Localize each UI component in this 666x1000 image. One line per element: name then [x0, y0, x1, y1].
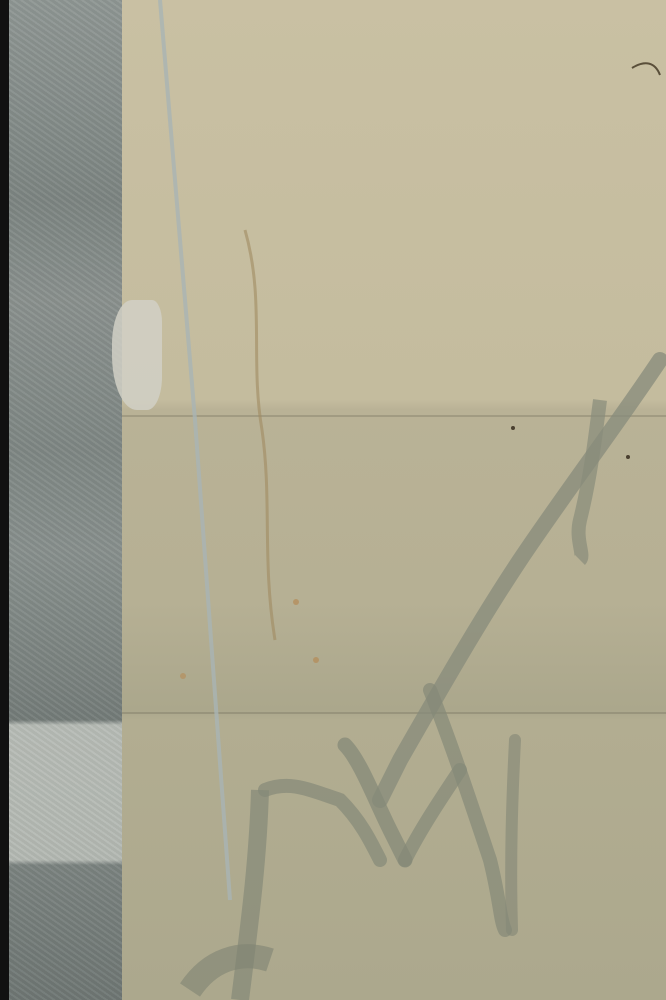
- ink-strokes: [0, 0, 666, 1000]
- scroll-photo: [0, 0, 666, 1000]
